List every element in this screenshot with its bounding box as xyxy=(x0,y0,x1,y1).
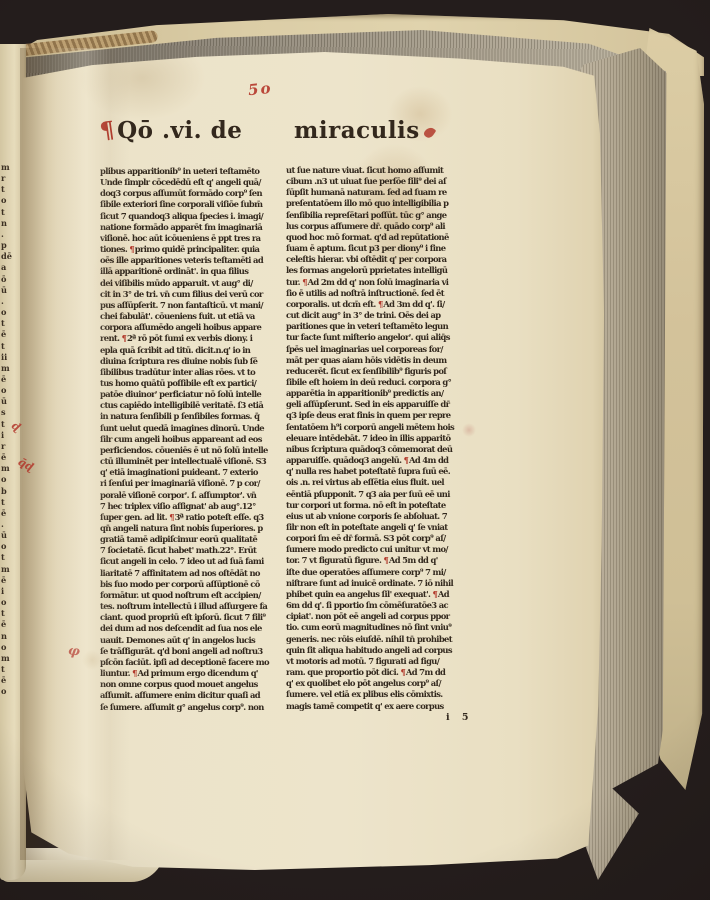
text-column-left: plibus apparitionib⁹ in ueteri teſtamēto… xyxy=(100,166,285,718)
recto-page: 5o ¶Qō .vi. de miraculis plibus appariti… xyxy=(22,52,604,870)
rubric-leaf-icon xyxy=(422,125,436,139)
running-title-left-text: Qō .vi. de xyxy=(117,117,242,144)
folio-number: 5o xyxy=(247,79,273,99)
running-title-right-text: miraculis xyxy=(294,117,420,144)
running-title-right: miraculis xyxy=(294,118,434,144)
quire-signature: i 5 xyxy=(446,712,469,723)
running-title-left: ¶Qō .vi. de xyxy=(100,118,242,144)
rubric-paraph-icon: ¶ xyxy=(98,117,117,145)
marginal-annotation: φ xyxy=(67,643,81,659)
text-column-right: ut ſue nature viuat. ſicut homo aſſumit … xyxy=(286,165,476,717)
book-photo: m r t o t n . p dē a ō ū . o t ē t ii m … xyxy=(0,0,710,900)
